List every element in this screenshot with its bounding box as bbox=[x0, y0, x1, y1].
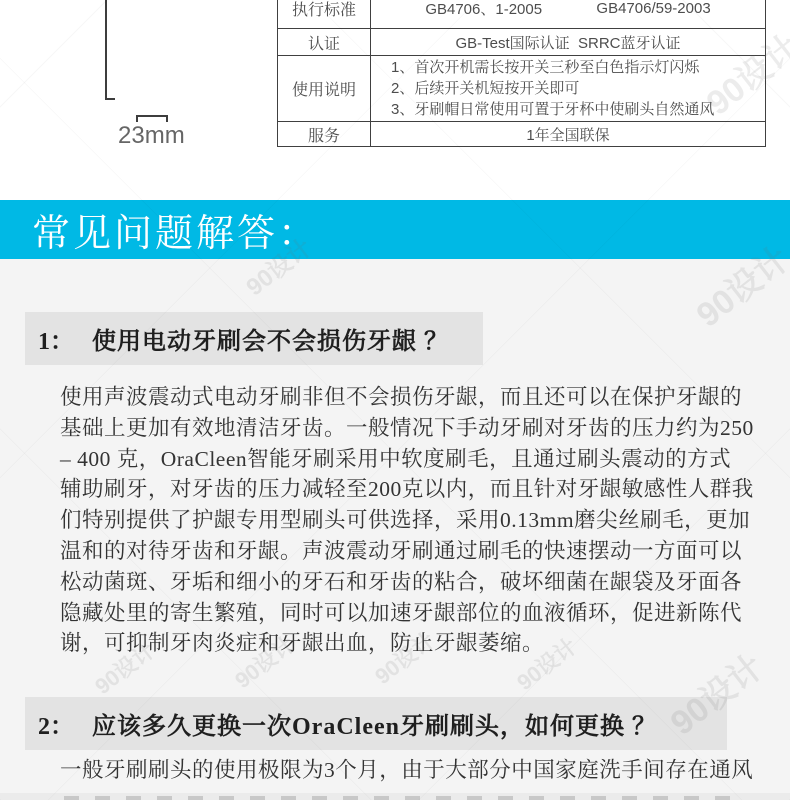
question-1-box: 1： 使用电动牙刷会不会损伤牙龈 ？ bbox=[25, 312, 483, 365]
question-2-number: 2： bbox=[38, 706, 74, 741]
certification-value: GB-Test国际认证 SRRC蓝牙认证 bbox=[455, 32, 680, 53]
table-row-usage: 使用说明 1、首次开机需长按开关三秒至白色指示灯闪烁2、后续开关机短按开关即可3… bbox=[278, 55, 765, 121]
service-value: 1年全国联保 bbox=[526, 124, 609, 145]
cutoff-next-line bbox=[0, 793, 790, 800]
row-value: GB4706、1-2005 GB4706/59-2003 bbox=[371, 0, 765, 28]
cutoff-character-tops bbox=[64, 796, 736, 800]
dimension-line-foot bbox=[105, 98, 115, 100]
faq-banner-title: 常见问题解答： bbox=[32, 202, 319, 257]
row-label: 认证 bbox=[278, 29, 371, 55]
measurement-bracket bbox=[136, 115, 168, 122]
table-row-certification: 认证 GB-Test国际认证 SRRC蓝牙认证 bbox=[278, 28, 765, 55]
standard-value-2: GB4706/59-2003 bbox=[596, 0, 710, 17]
question-2-box: 2： 应该多久更换一次OraCleen牙刷刷头，如何更换 ？ bbox=[25, 697, 727, 750]
standard-value-1: GB4706、1-2005 bbox=[425, 0, 542, 19]
question-1-number: 1： bbox=[38, 321, 74, 356]
row-label: 使用说明 bbox=[278, 56, 371, 121]
question-1-text: 使用电动牙刷会不会损伤牙龈 ？ bbox=[92, 321, 449, 356]
answer-2-paragraph: 一般牙刷刷头的使用极限为3个月，由于大部分中国家庭洗手间存在通风 bbox=[60, 755, 753, 786]
product-detail-page: 23mm 执行标准 GB4706、1-2005 GB4706/59-2003 认… bbox=[0, 0, 790, 800]
row-value: 1年全国联保 bbox=[371, 122, 765, 146]
question-2-text: 应该多久更换一次OraCleen牙刷刷头，如何更换 ？ bbox=[92, 706, 657, 741]
faq-banner: 常见问题解答： bbox=[0, 200, 790, 259]
table-row-service: 服务 1年全国联保 bbox=[278, 121, 765, 146]
row-label: 服务 bbox=[278, 122, 371, 146]
dimension-vertical-line bbox=[105, 0, 107, 100]
row-value: GB-Test国际认证 SRRC蓝牙认证 bbox=[371, 29, 765, 55]
row-label: 执行标准 bbox=[278, 0, 371, 28]
dimension-label: 23mm bbox=[118, 122, 185, 150]
table-row-standard: 执行标准 GB4706、1-2005 GB4706/59-2003 bbox=[278, 0, 765, 28]
spec-table: 执行标准 GB4706、1-2005 GB4706/59-2003 认证 GB-… bbox=[277, 0, 766, 147]
answer-1-paragraph: 使用声波震动式电动牙刷非但不会损伤牙龈，而且还可以在保护牙龈的基础上更加有效地清… bbox=[60, 382, 754, 659]
usage-instructions: 1、首次开机需长按开关三秒至白色指示灯闪烁2、后续开关机短按开关即可3、牙刷帽日… bbox=[371, 56, 765, 121]
